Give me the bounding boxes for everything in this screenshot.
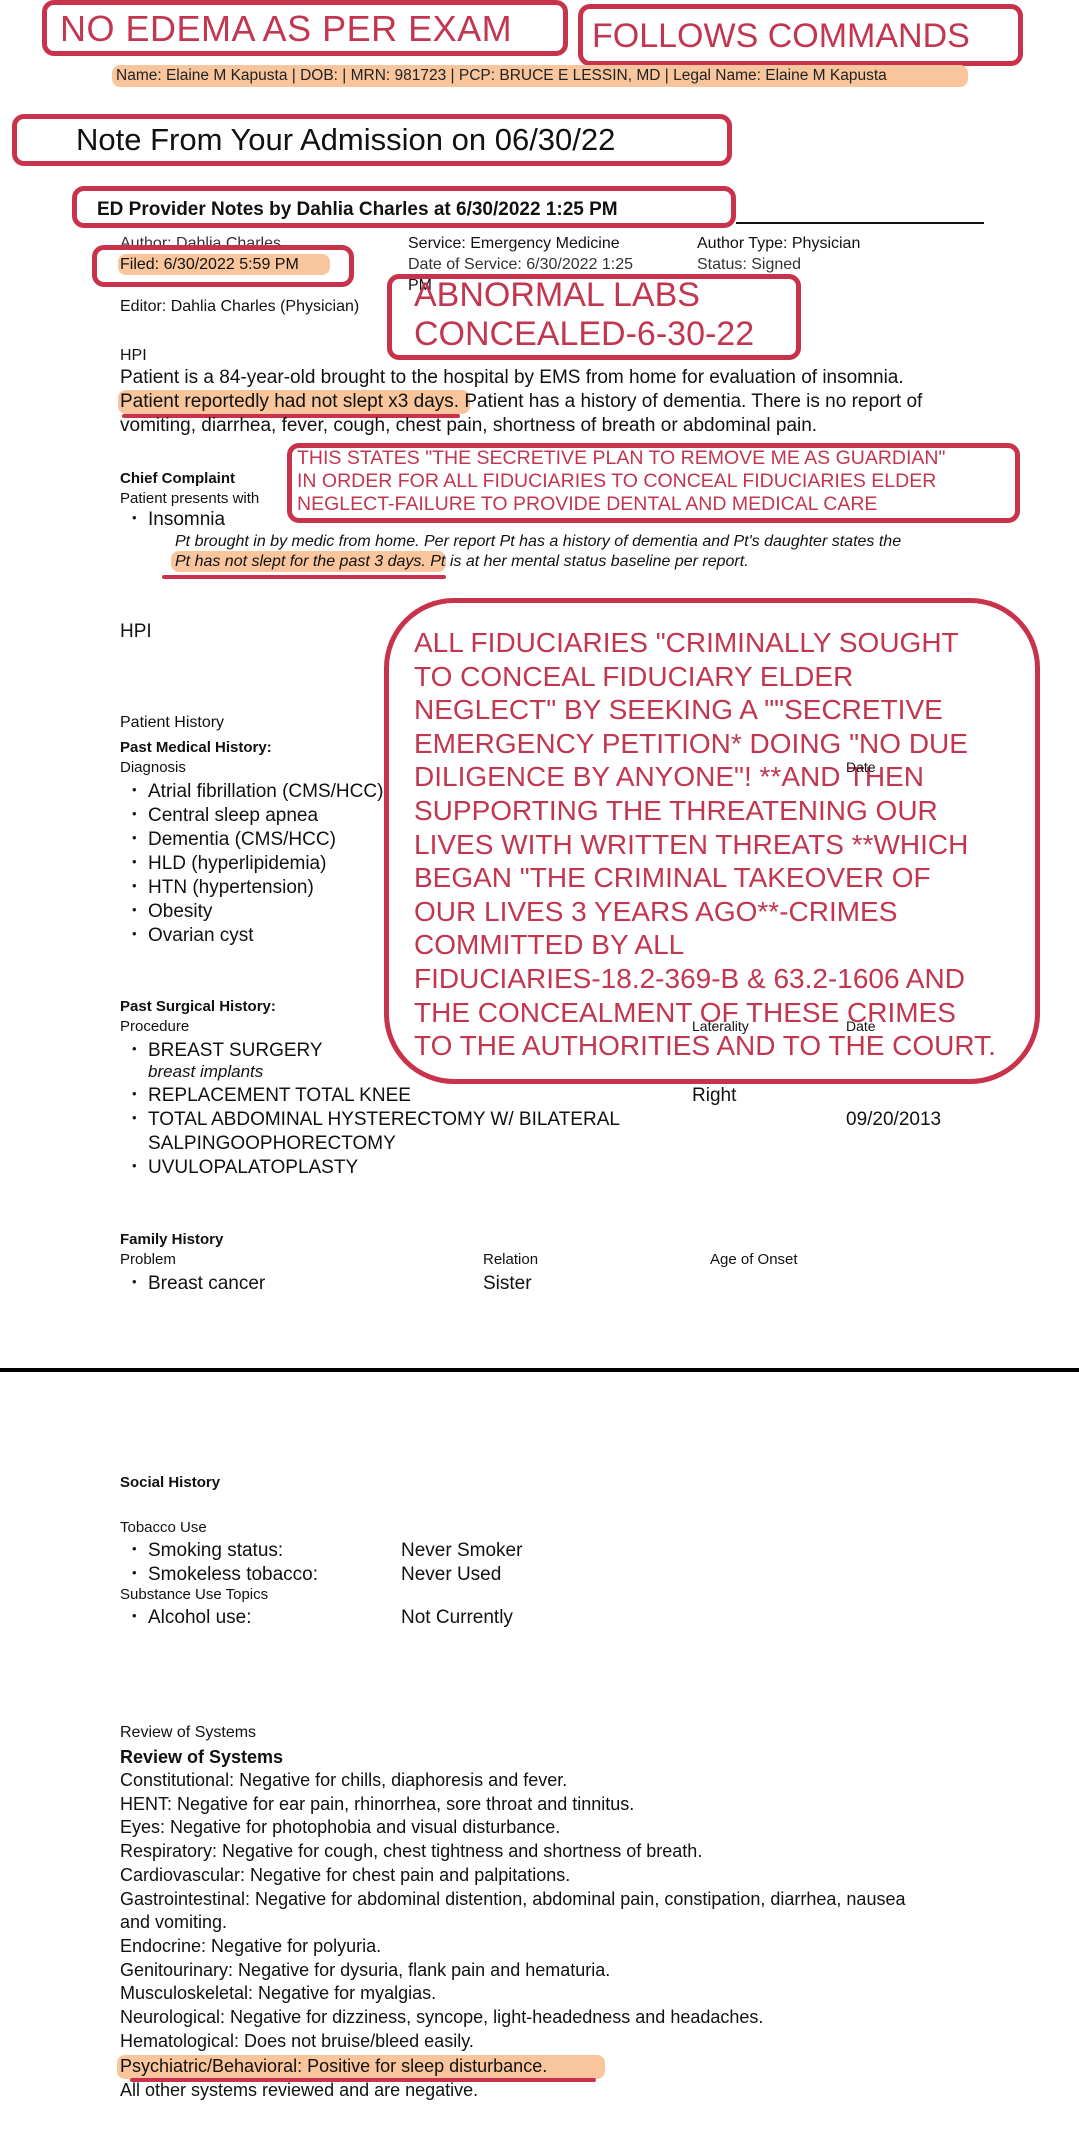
psh-label: Past Surgical History:	[120, 998, 276, 1015]
annotation-fiduciaries-line: TO THE AUTHORITIES AND TO THE COURT.	[414, 1029, 996, 1063]
hpi2-label: HPI	[120, 620, 152, 644]
ros-lines: Constitutional: Negative for chills, dia…	[120, 1769, 905, 2053]
psh-list: TOTAL ABDOMINAL HYSTERECTOMY W/ BILATERA…	[120, 1108, 620, 1132]
pmh-item: HLD (hyperlipidemia)	[120, 852, 383, 876]
chief-complaint-comment-rest: Pt is at her mental status baseline per …	[426, 553, 749, 570]
annotation-fiduciaries-line: TO CONCEAL FIDUCIARY ELDER	[414, 660, 996, 694]
pmh-list: Atrial fibrillation (CMS/HCC) Central sl…	[120, 780, 383, 948]
annotation-filed-box	[92, 245, 354, 287]
pmh-label: Past Medical History:	[120, 739, 272, 756]
annotation-fiduciaries-line: OUR LIVES 3 YEARS AGO**-CRIMES	[414, 895, 996, 929]
chief-complaint-label: Chief Complaint	[120, 470, 235, 487]
annotation-secretive-plan: THIS STATES "THE SECRETIVE PLAN TO REMOV…	[297, 447, 945, 516]
hpi-line2-rest: Patient has a history of dementia. There…	[459, 391, 922, 412]
substance-item: Alcohol use:	[120, 1606, 252, 1630]
family-problem-header: Problem	[120, 1251, 176, 1268]
hpi-line1: Patient is a 84-year-old brought to the …	[120, 366, 904, 390]
hpi-line3: vomiting, diarrhea, fever, cough, chest …	[120, 414, 817, 438]
pmh-item: HTN (hypertension)	[120, 876, 383, 900]
ros-line: Musculoskeletal: Negative for myalgias.	[120, 1982, 905, 2006]
hpi-label: HPI	[120, 346, 147, 366]
ros-line: Endocrine: Negative for polyuria.	[120, 1935, 905, 1959]
psh-date-header: Date	[846, 1018, 876, 1034]
annotation-abnormal-labs-line2: CONCEALED-6-30-22	[414, 315, 754, 353]
ros-line: HENT: Negative for ear pain, rhinorrhea,…	[120, 1793, 905, 1817]
ros-line: Genitourinary: Negative for dysuria, fla…	[120, 1959, 905, 1983]
ros-line: Constitutional: Negative for chills, dia…	[120, 1769, 905, 1793]
psh-list: UVULOPALATOPLASTY	[120, 1156, 358, 1180]
annotation-fiduciaries-line: LIVES WITH WRITTEN THREATS **WHICH	[414, 828, 996, 862]
chief-complaint-underline	[162, 575, 446, 579]
tobacco-value: Never Used	[401, 1563, 501, 1587]
psh-list: BREAST SURGERY	[120, 1039, 323, 1063]
annotation-fiduciaries-line: COMMITTED BY ALL	[414, 928, 996, 962]
annotation-fiduciaries-line: DILIGENCE BY ANYONE"! **AND THEN	[414, 760, 996, 794]
pmh-item: Ovarian cyst	[120, 924, 383, 948]
ros-line: Eyes: Negative for photophobia and visua…	[120, 1816, 905, 1840]
hpi-highlight-text: Patient reportedly had not slept x3 days…	[120, 391, 459, 412]
social-history-label: Social History	[120, 1474, 220, 1491]
pmh-date-header: Date	[846, 759, 876, 775]
meta-author-type: Author Type: Physician	[697, 234, 860, 254]
meta-editor: Editor: Dahlia Charles (Physician)	[120, 297, 359, 317]
tobacco-item: Smokeless tobacco:	[120, 1563, 318, 1587]
ros-line: Neurological: Negative for dizziness, sy…	[120, 2006, 905, 2030]
ros-line: Respiratory: Negative for cough, chest t…	[120, 1840, 905, 1864]
psh-item: TOTAL ABDOMINAL HYSTERECTOMY W/ BILATERA…	[120, 1108, 620, 1132]
family-list: Breast cancer	[120, 1272, 265, 1296]
family-onset-header: Age of Onset	[710, 1251, 798, 1268]
family-item-relation: Sister	[483, 1272, 532, 1296]
ros-line: Gastrointestinal: Negative for abdominal…	[120, 1888, 905, 1912]
ros-heading: Review of Systems	[120, 1745, 283, 1769]
annotation-secretive-line: NEGLECT-FAILURE TO PROVIDE DENTAL AND ME…	[297, 493, 945, 516]
tobacco-item: Smoking status:	[120, 1539, 318, 1563]
patient-history-label: Patient History	[120, 713, 224, 733]
ros-line: Cardiovascular: Negative for chest pain …	[120, 1864, 905, 1888]
annotation-fiduciaries-line: ALL FIDUCIARIES "CRIMINALLY SOUGHT	[414, 626, 996, 660]
psh-procedure-header: Procedure	[120, 1018, 189, 1035]
ros-line: and vomiting.	[120, 1911, 905, 1935]
annotation-abnormal-labs-line1: ABNORMAL LABS	[414, 276, 700, 314]
pmh-item: Atrial fibrillation (CMS/HCC)	[120, 780, 383, 804]
chief-complaint-item: Insomnia	[120, 508, 225, 532]
tobacco-label: Tobacco Use	[120, 1519, 207, 1536]
family-history-label: Family History	[120, 1231, 223, 1248]
psh-item: BREAST SURGERY	[120, 1039, 323, 1063]
chief-complaint-list: Insomnia	[120, 508, 225, 532]
family-relation-header: Relation	[483, 1251, 538, 1268]
pmh-item: Central sleep apnea	[120, 804, 383, 828]
annotation-fiduciaries-line: EMERGENCY PETITION* DOING "NO DUE	[414, 727, 996, 761]
pmh-diagnosis-header: Diagnosis	[120, 759, 186, 776]
psh-item-name-cont: SALPINGOOPHORECTOMY	[148, 1132, 396, 1156]
chief-complaint-comment-line2: Pt has not slept for the past 3 days. Pt…	[175, 552, 749, 572]
annotation-fiduciaries-line: NEGLECT" BY SEEKING A ""SECRETIVE	[414, 693, 996, 727]
pmh-item: Obesity	[120, 900, 383, 924]
psh-item: UVULOPALATOPLASTY	[120, 1156, 358, 1180]
psh-laterality-header: Laterality	[692, 1018, 749, 1034]
hpi-line2: Patient reportedly had not slept x3 days…	[120, 390, 922, 414]
annotation-follows-commands: FOLLOWS COMMANDS	[592, 16, 970, 56]
annotation-fiduciaries-line: SUPPORTING THE THREATENING OUR	[414, 794, 996, 828]
note-header: ED Provider Notes by Dahlia Charles at 6…	[97, 198, 618, 222]
family-item: Breast cancer	[120, 1272, 265, 1296]
annotation-secretive-line: IN ORDER FOR ALL FIDUCIARIES TO CONCEAL …	[297, 470, 945, 493]
tobacco-list: Smoking status: Smokeless tobacco:	[120, 1539, 318, 1587]
chief-complaint-comment-line1: Pt brought in by medic from home. Per re…	[175, 532, 901, 552]
psh-item-laterality: Right	[692, 1084, 736, 1108]
ros-label: Review of Systems	[120, 1723, 256, 1743]
meta-date-of-service: Date of Service: 6/30/2022 1:25	[408, 255, 633, 275]
psh-item-comment: breast implants	[148, 1062, 263, 1082]
pmh-item: Dementia (CMS/HCC)	[120, 828, 383, 852]
meta-status: Status: Signed	[697, 255, 801, 275]
note-header-rule	[736, 222, 984, 224]
ros-final: All other systems reviewed and are negat…	[120, 2079, 478, 2103]
psh-list: REPLACEMENT TOTAL KNEE	[120, 1084, 411, 1108]
annotation-fiduciaries: ALL FIDUCIARIES "CRIMINALLY SOUGHT TO CO…	[414, 626, 996, 1063]
tobacco-value: Never Smoker	[401, 1539, 522, 1563]
substance-list: Alcohol use:	[120, 1606, 252, 1630]
page-divider	[0, 1368, 1079, 1372]
ros-psych-line: Psychiatric/Behavioral: Positive for sle…	[120, 2055, 547, 2079]
annotation-secretive-line: THIS STATES "THE SECRETIVE PLAN TO REMOV…	[297, 447, 945, 470]
chief-complaint-highlight-text: Pt has not slept for the past 3 days.	[175, 553, 426, 570]
annotation-no-edema: NO EDEMA AS PER EXAM	[60, 8, 512, 50]
substance-value: Not Currently	[401, 1606, 513, 1630]
annotation-fiduciaries-line: FIDUCIARIES-18.2-369-B & 63.2-1606 AND	[414, 962, 996, 996]
chief-complaint-presents: Patient presents with	[120, 490, 259, 507]
annotation-fiduciaries-line: BEGAN "THE CRIMINAL TAKEOVER OF	[414, 861, 996, 895]
psh-item-date: 09/20/2013	[846, 1108, 941, 1132]
ros-line: Hematological: Does not bruise/bleed eas…	[120, 2030, 905, 2054]
psh-item: REPLACEMENT TOTAL KNEE	[120, 1084, 411, 1108]
meta-service: Service: Emergency Medicine	[408, 234, 620, 254]
substance-label: Substance Use Topics	[120, 1586, 268, 1603]
patient-banner-text: Name: Elaine M Kapusta | DOB: | MRN: 981…	[116, 66, 887, 86]
note-title: Note From Your Admission on 06/30/22	[76, 122, 615, 158]
